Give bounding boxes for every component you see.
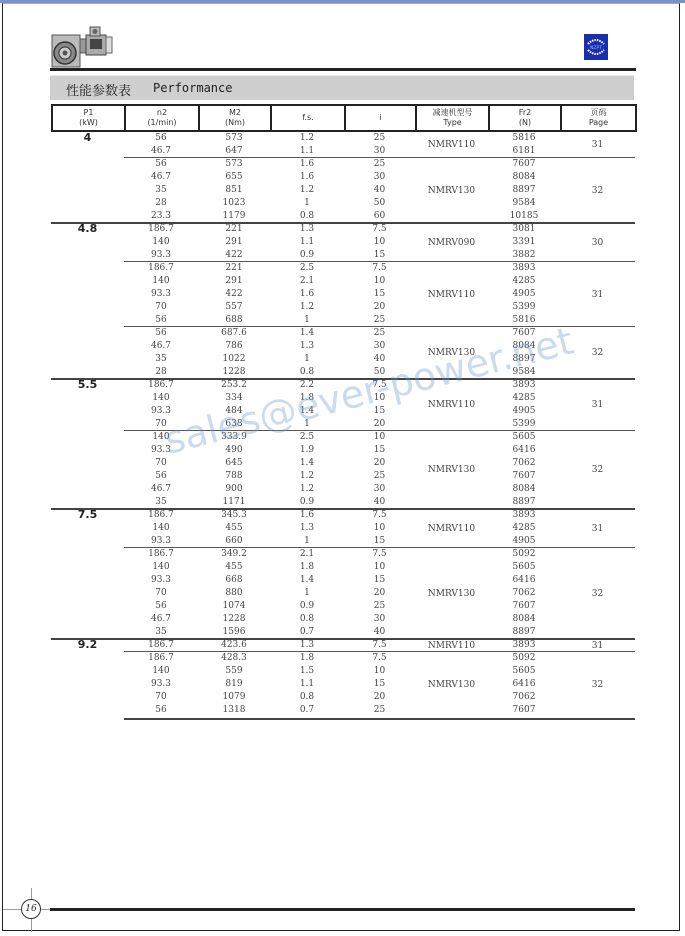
n2-value: 56 bbox=[124, 470, 198, 483]
fs-value: 1.8 bbox=[270, 392, 344, 405]
page-reference: 32 bbox=[560, 548, 635, 639]
table-row: 93.34901.9156416 bbox=[51, 444, 635, 457]
m2-value: 221 bbox=[198, 262, 270, 275]
fr2-value: 5092 bbox=[488, 652, 560, 665]
n2-value: 140 bbox=[124, 236, 198, 249]
n2-value: 186.7 bbox=[124, 548, 198, 561]
fr2-value: 7607 bbox=[488, 158, 560, 171]
ratio-value: 50 bbox=[344, 197, 415, 210]
fs-value: 1.8 bbox=[270, 561, 344, 574]
fs-value: 0.8 bbox=[270, 691, 344, 704]
page-reference: 31 bbox=[560, 262, 635, 327]
m2-value: 1023 bbox=[198, 197, 270, 210]
ratio-value: 25 bbox=[344, 470, 415, 483]
n2-value: 186.7 bbox=[124, 652, 198, 665]
fs-value: 2.5 bbox=[270, 431, 344, 444]
fr2-value: 4285 bbox=[488, 522, 560, 535]
col-header-m2: M2(Nm) bbox=[199, 105, 271, 131]
m2-value: 291 bbox=[198, 236, 270, 249]
page-reference: 32 bbox=[560, 652, 635, 717]
table-bottom-rule bbox=[124, 718, 635, 720]
fr2-value: 6416 bbox=[488, 444, 560, 457]
fr2-value: 8897 bbox=[488, 353, 560, 366]
reducer-type: NMRV130 bbox=[415, 548, 488, 639]
fr2-value: 5605 bbox=[488, 561, 560, 574]
m2-value: 573 bbox=[198, 158, 270, 171]
ratio-value: 25 bbox=[344, 158, 415, 171]
ratio-value: 30 bbox=[344, 483, 415, 496]
fr2-value: 8084 bbox=[488, 171, 560, 184]
page-reference: 32 bbox=[560, 327, 635, 379]
ratio-value: 7.5 bbox=[344, 262, 415, 275]
m2-value: 645 bbox=[198, 457, 270, 470]
fr2-value: 9584 bbox=[488, 197, 560, 210]
fs-value: 1.4 bbox=[270, 405, 344, 418]
n2-value: 93.3 bbox=[124, 288, 198, 301]
n2-value: 46.7 bbox=[124, 613, 198, 626]
reducer-type: NMRV130 bbox=[415, 652, 488, 717]
fs-value: 2.5 bbox=[270, 262, 344, 275]
table-row: 186.7345.31.67.53893 bbox=[51, 509, 635, 522]
table-row: 46.76551.6308084 bbox=[51, 171, 635, 184]
fs-value: 1.2 bbox=[270, 470, 344, 483]
table-row: 186.7253.22.27.53893 bbox=[51, 379, 635, 392]
ratio-value: 10 bbox=[344, 665, 415, 678]
table-row: 567881.2257607 bbox=[51, 470, 635, 483]
table-row: 93.34841.4154905 bbox=[51, 405, 635, 418]
n2-value: 70 bbox=[124, 457, 198, 470]
page-reference: 31 bbox=[560, 509, 635, 548]
n2-value: 140 bbox=[124, 392, 198, 405]
fs-value: 1.2 bbox=[270, 301, 344, 314]
ratio-value: 10 bbox=[344, 392, 415, 405]
n2-value: 35 bbox=[124, 184, 198, 197]
fr2-value: 8084 bbox=[488, 483, 560, 496]
m2-value: 655 bbox=[198, 171, 270, 184]
header-rule bbox=[50, 68, 636, 71]
n2-value: 35 bbox=[124, 353, 198, 366]
fr2-value: 8897 bbox=[488, 184, 560, 197]
section-title-cn: 性能参数表 bbox=[66, 80, 131, 99]
worm-gear-reducer-icon bbox=[50, 25, 114, 69]
m2-value: 573 bbox=[198, 132, 270, 145]
ratio-value: 25 bbox=[344, 327, 415, 340]
ratio-value: 10 bbox=[344, 522, 415, 535]
ratio-value: 7.5 bbox=[344, 509, 415, 522]
table-row: 1402911.1103391 bbox=[51, 236, 635, 249]
fr2-value: 8084 bbox=[488, 340, 560, 353]
ratio-value: 10 bbox=[344, 275, 415, 288]
n2-value: 46.7 bbox=[124, 483, 198, 496]
fr2-value: 5605 bbox=[488, 665, 560, 678]
table-header: P1(kW) n2(1/min) M2(Nm) f.s. i 减速机型号Type… bbox=[51, 104, 637, 132]
fr2-value: 5399 bbox=[488, 301, 560, 314]
n2-value: 46.7 bbox=[124, 340, 198, 353]
fr2-value: 5092 bbox=[488, 548, 560, 561]
n2-value: 140 bbox=[124, 522, 198, 535]
table-row: 2810231509584 bbox=[51, 197, 635, 210]
page-reference: 31 bbox=[560, 132, 635, 158]
table-row: 140333.92.5105605 bbox=[51, 431, 635, 444]
reducer-type: NMRV090 bbox=[415, 223, 488, 262]
fr2-value: 3893 bbox=[488, 509, 560, 522]
fr2-value: 3081 bbox=[488, 223, 560, 236]
fs-value: 1.1 bbox=[270, 678, 344, 691]
m2-value: 291 bbox=[198, 275, 270, 288]
table-row: 7010790.8207062 bbox=[51, 691, 635, 704]
ratio-value: 30 bbox=[344, 613, 415, 626]
page-reference: 32 bbox=[560, 158, 635, 223]
fs-value: 1.3 bbox=[270, 340, 344, 353]
n2-value: 70 bbox=[124, 691, 198, 704]
fs-value: 1.6 bbox=[270, 509, 344, 522]
ratio-value: 25 bbox=[344, 132, 415, 145]
table-row: 705571.2205399 bbox=[51, 301, 635, 314]
fs-value: 0.8 bbox=[270, 613, 344, 626]
fr2-value: 4905 bbox=[488, 405, 560, 418]
col-header-n2: n2(1/min) bbox=[125, 105, 199, 131]
reducer-type: NMRV130 bbox=[415, 327, 488, 379]
fs-value: 1.1 bbox=[270, 236, 344, 249]
table-row: 186.72212.57.53893 bbox=[51, 262, 635, 275]
table-row: 56687.61.4257607 bbox=[51, 327, 635, 340]
n2-value: 186.7 bbox=[124, 223, 198, 236]
table-row: 1404551.8105605 bbox=[51, 561, 635, 574]
table-row: 186.72211.37.53081 bbox=[51, 223, 635, 236]
n2-value: 93.3 bbox=[124, 405, 198, 418]
n2-value: 140 bbox=[124, 665, 198, 678]
m2-value: 819 bbox=[198, 678, 270, 691]
reducer-type: NMRV130 bbox=[415, 158, 488, 223]
fr2-value: 7607 bbox=[488, 600, 560, 613]
reducer-type: NMRV130 bbox=[415, 431, 488, 509]
ratio-value: 20 bbox=[344, 691, 415, 704]
table-row: 565731.6257607 bbox=[51, 158, 635, 171]
m2-value: 851 bbox=[198, 184, 270, 197]
page-reference: 32 bbox=[560, 431, 635, 509]
table-row: 358511.2408897 bbox=[51, 184, 635, 197]
fs-value: 1.8 bbox=[270, 652, 344, 665]
ratio-value: 30 bbox=[344, 340, 415, 353]
m2-value: 1228 bbox=[198, 613, 270, 626]
footer-rule bbox=[50, 908, 635, 911]
n2-value: 56 bbox=[124, 704, 198, 717]
fs-value: 1 bbox=[270, 353, 344, 366]
n2-value: 56 bbox=[124, 600, 198, 613]
reducer-type: NMRV110 bbox=[415, 262, 488, 327]
table-row: 5610740.9257607 bbox=[51, 600, 635, 613]
n2-value: 140 bbox=[124, 275, 198, 288]
fs-value: 1.4 bbox=[270, 574, 344, 587]
ratio-value: 15 bbox=[344, 288, 415, 301]
ratio-value: 7.5 bbox=[344, 223, 415, 236]
fs-value: 1 bbox=[270, 197, 344, 210]
reducer-type: NMRV110 bbox=[415, 132, 488, 158]
col-header-i: i bbox=[345, 105, 416, 131]
m2-value: 428.3 bbox=[198, 652, 270, 665]
m2-value: 1022 bbox=[198, 353, 270, 366]
fs-value: 2.1 bbox=[270, 275, 344, 288]
table-row: 3510221408897 bbox=[51, 353, 635, 366]
table-row: 46.77861.3308084 bbox=[51, 340, 635, 353]
m2-value: 1318 bbox=[198, 704, 270, 717]
ratio-value: 20 bbox=[344, 457, 415, 470]
n2-value: 46.7 bbox=[124, 171, 198, 184]
m2-value: 557 bbox=[198, 301, 270, 314]
m2-value: 1074 bbox=[198, 600, 270, 613]
brand-gear-logo-icon: NZPT bbox=[584, 34, 608, 60]
col-header-fr2: Fr2(N) bbox=[489, 105, 561, 131]
ratio-value: 10 bbox=[344, 236, 415, 249]
ratio-value: 10 bbox=[344, 431, 415, 444]
fs-value: 1.2 bbox=[270, 483, 344, 496]
fs-value: 2.1 bbox=[270, 548, 344, 561]
n2-value: 56 bbox=[124, 158, 198, 171]
table-row: 186.7349.22.17.55092 bbox=[51, 548, 635, 561]
ratio-value: 20 bbox=[344, 587, 415, 600]
m2-value: 788 bbox=[198, 470, 270, 483]
n2-value: 93.3 bbox=[124, 574, 198, 587]
ratio-value: 10 bbox=[344, 561, 415, 574]
m2-value: 422 bbox=[198, 288, 270, 301]
fr2-value: 3391 bbox=[488, 236, 560, 249]
m2-value: 490 bbox=[198, 444, 270, 457]
table-row: 46.712280.8308084 bbox=[51, 613, 635, 626]
table-row: 1405591.5105605 bbox=[51, 665, 635, 678]
table-row: 46.79001.2308084 bbox=[51, 483, 635, 496]
col-header-page: 页码Page bbox=[561, 105, 636, 131]
page-number: 16 bbox=[21, 899, 41, 919]
fr2-value: 7607 bbox=[488, 470, 560, 483]
n2-value: 70 bbox=[124, 587, 198, 600]
n2-value: 93.3 bbox=[124, 444, 198, 457]
m2-value: 333.9 bbox=[198, 431, 270, 444]
m2-value: 880 bbox=[198, 587, 270, 600]
n2-value: 56 bbox=[124, 327, 198, 340]
table-row: 1403341.8104285 bbox=[51, 392, 635, 405]
fr2-value: 8084 bbox=[488, 613, 560, 626]
m2-value: 349.2 bbox=[198, 548, 270, 561]
ratio-value: 40 bbox=[344, 353, 415, 366]
fs-value: 1 bbox=[270, 587, 344, 600]
fs-value: 1.4 bbox=[270, 457, 344, 470]
fs-value: 1.5 bbox=[270, 665, 344, 678]
section-title-en: Performance bbox=[153, 81, 232, 95]
m2-value: 687.6 bbox=[198, 327, 270, 340]
fs-value: 1.4 bbox=[270, 327, 344, 340]
fs-value: 0.9 bbox=[270, 600, 344, 613]
ratio-value: 30 bbox=[344, 171, 415, 184]
reducer-type: NMRV110 bbox=[415, 509, 488, 548]
ratio-value: 15 bbox=[344, 678, 415, 691]
m2-value: 455 bbox=[198, 522, 270, 535]
fr2-value: 4285 bbox=[488, 275, 560, 288]
fr2-value: 6416 bbox=[488, 574, 560, 587]
fs-value: 1.6 bbox=[270, 288, 344, 301]
col-header-type: 减速机型号Type bbox=[416, 105, 489, 131]
svg-text:NZPT: NZPT bbox=[590, 45, 602, 51]
reducer-type: NMRV110 bbox=[415, 379, 488, 431]
fs-value: 1.6 bbox=[270, 158, 344, 171]
n2-value: 186.7 bbox=[124, 262, 198, 275]
ratio-value: 40 bbox=[344, 184, 415, 197]
ratio-value: 15 bbox=[344, 444, 415, 457]
table-row: 708801207062 bbox=[51, 587, 635, 600]
fr2-value: 4285 bbox=[488, 392, 560, 405]
ratio-value: 15 bbox=[344, 405, 415, 418]
table-row: 5613180.7257607 bbox=[51, 704, 635, 717]
ratio-value: 7.5 bbox=[344, 548, 415, 561]
m2-value: 455 bbox=[198, 561, 270, 574]
ratio-value: 15 bbox=[344, 574, 415, 587]
m2-value: 559 bbox=[198, 665, 270, 678]
table-row: 1402912.1104285 bbox=[51, 275, 635, 288]
table-row: 93.34221.6154905 bbox=[51, 288, 635, 301]
fr2-value: 5605 bbox=[488, 431, 560, 444]
m2-value: 345.3 bbox=[198, 509, 270, 522]
table-row: 565731.2255816 bbox=[51, 132, 635, 145]
fr2-value: 7062 bbox=[488, 587, 560, 600]
fs-value: 1.2 bbox=[270, 184, 344, 197]
fr2-value: 7607 bbox=[488, 327, 560, 340]
m2-value: 253.2 bbox=[198, 379, 270, 392]
ratio-value: 7.5 bbox=[344, 379, 415, 392]
table-row: 706451.4207062 bbox=[51, 457, 635, 470]
fs-value: 1.2 bbox=[270, 132, 344, 145]
fs-value: 1.6 bbox=[270, 171, 344, 184]
ratio-value: 25 bbox=[344, 704, 415, 717]
n2-value: 56 bbox=[124, 132, 198, 145]
n2-value: 28 bbox=[124, 197, 198, 210]
ratio-value: 20 bbox=[344, 301, 415, 314]
n2-value: 140 bbox=[124, 561, 198, 574]
m2-value: 1079 bbox=[198, 691, 270, 704]
ratio-value: 7.5 bbox=[344, 652, 415, 665]
m2-value: 786 bbox=[198, 340, 270, 353]
fs-value: 1.3 bbox=[270, 223, 344, 236]
fr2-value: 3893 bbox=[488, 379, 560, 392]
col-header-p1: P1(kW) bbox=[52, 105, 125, 131]
n2-value: 70 bbox=[124, 301, 198, 314]
table-row: 93.36681.4156416 bbox=[51, 574, 635, 587]
table-row: 93.38191.1156416 bbox=[51, 678, 635, 691]
ratio-value: 25 bbox=[344, 600, 415, 613]
m2-value: 668 bbox=[198, 574, 270, 587]
fs-value: 1.9 bbox=[270, 444, 344, 457]
page-reference: 31 bbox=[560, 379, 635, 431]
section-title-bar: 性能参数表 Performance bbox=[50, 75, 634, 100]
fr2-value: 7062 bbox=[488, 457, 560, 470]
fr2-value: 3893 bbox=[488, 262, 560, 275]
m2-value: 334 bbox=[198, 392, 270, 405]
fr2-value: 7062 bbox=[488, 691, 560, 704]
fr2-value: 5816 bbox=[488, 132, 560, 145]
n2-value: 140 bbox=[124, 431, 198, 444]
page-reference: 30 bbox=[560, 223, 635, 262]
n2-value: 186.7 bbox=[124, 509, 198, 522]
n2-value: 93.3 bbox=[124, 678, 198, 691]
fr2-value: 7607 bbox=[488, 704, 560, 717]
col-header-fs: f.s. bbox=[271, 105, 345, 131]
m2-value: 221 bbox=[198, 223, 270, 236]
table-row: 1404551.3104285 bbox=[51, 522, 635, 535]
fs-value: 2.2 bbox=[270, 379, 344, 392]
n2-value: 186.7 bbox=[124, 379, 198, 392]
fr2-value: 4905 bbox=[488, 288, 560, 301]
fs-value: 1.3 bbox=[270, 522, 344, 535]
m2-value: 484 bbox=[198, 405, 270, 418]
fs-value: 0.7 bbox=[270, 704, 344, 717]
fr2-value: 6416 bbox=[488, 678, 560, 691]
m2-value: 900 bbox=[198, 483, 270, 496]
table-row: 186.7428.31.87.55092 bbox=[51, 652, 635, 665]
